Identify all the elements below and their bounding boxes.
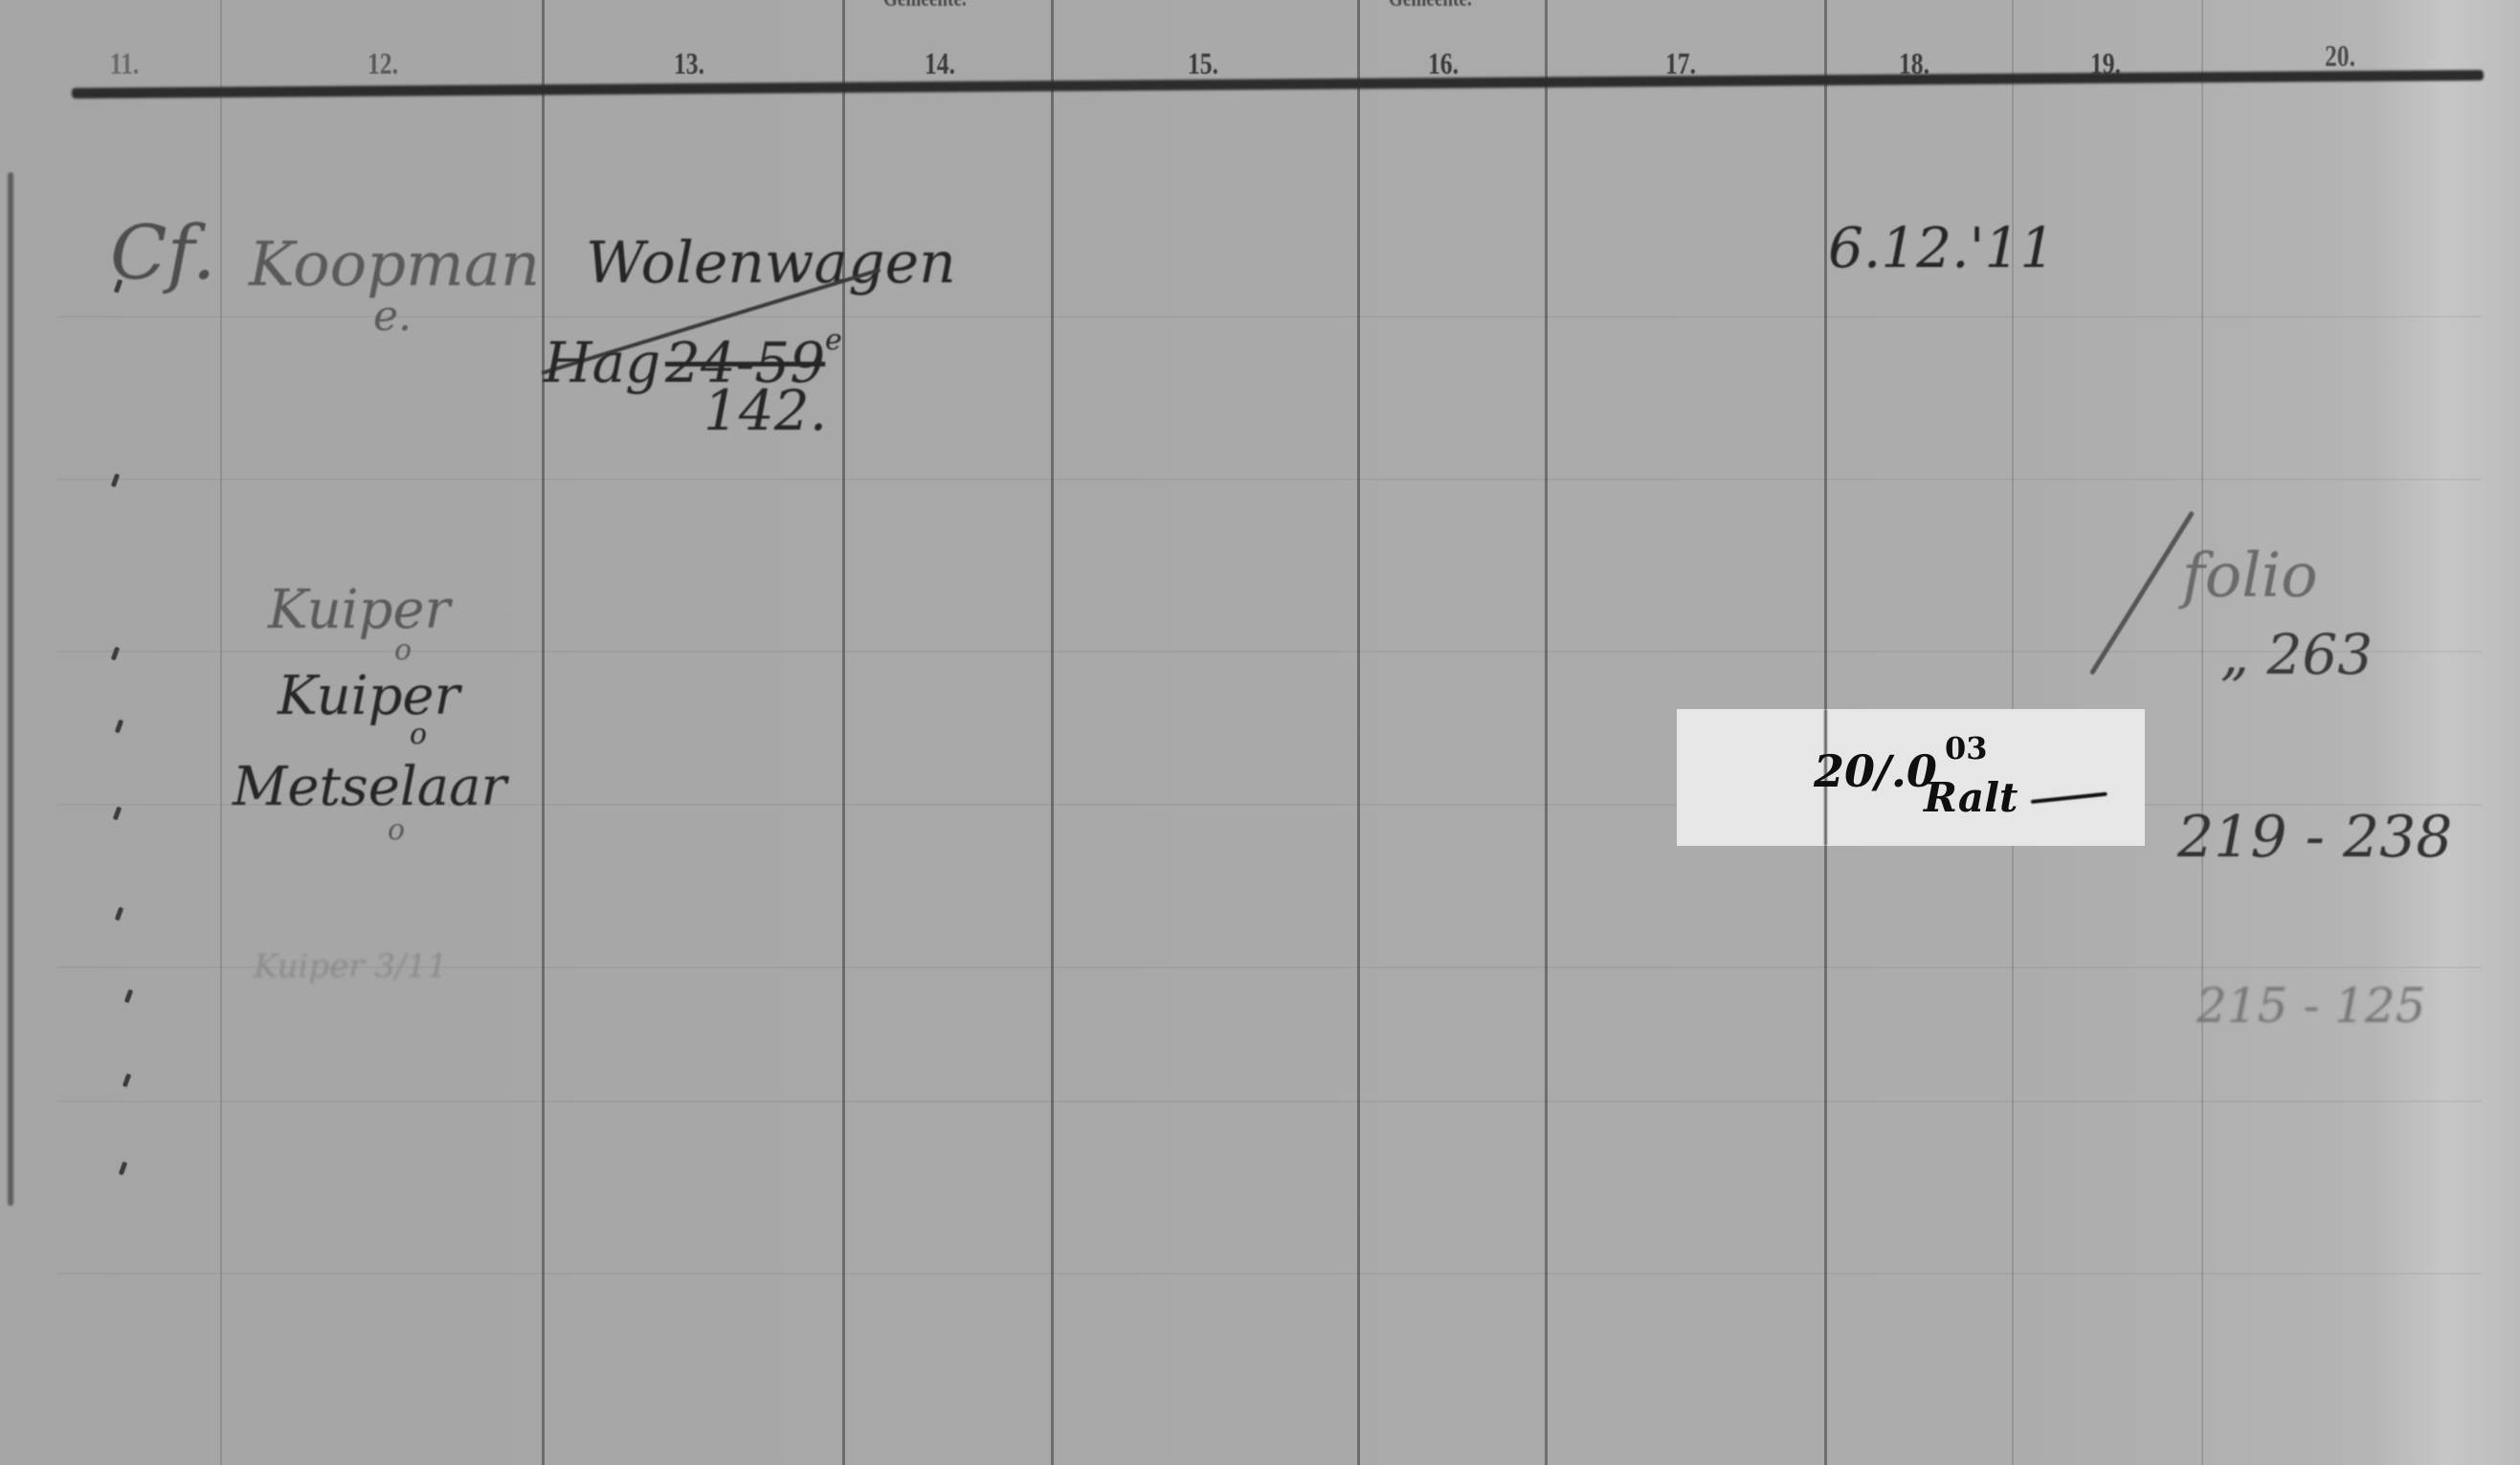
column-number-16: 16.: [1428, 46, 1459, 81]
handwritten-folio-reference: 215 - 125: [2197, 978, 2426, 1033]
column-divider: [1357, 0, 1360, 1465]
handwritten-folio-reference: „ 263: [2220, 622, 2373, 687]
column-number-12: 12.: [368, 46, 398, 81]
handwritten-occupation: Kuiper: [278, 665, 459, 727]
handwritten-place: Hag: [544, 330, 660, 395]
handwritten-occupation: Koopman: [249, 230, 540, 300]
header-rule: [72, 70, 2484, 99]
handwritten-suffix: e.: [373, 292, 412, 341]
handwritten-superscript: e: [825, 323, 842, 357]
ruled-line: [57, 651, 2482, 653]
row-tick: [124, 989, 133, 1004]
highlighted-handwriting-signature: Ralt: [1924, 774, 2018, 821]
column-number-13: 13.: [674, 46, 704, 81]
column-number-15: 15.: [1188, 46, 1218, 81]
ruled-line: [57, 478, 2482, 480]
row-tick: [111, 647, 120, 661]
highlighted-handwriting-superscript: 03: [1945, 730, 1988, 766]
ruled-line: [57, 316, 2482, 318]
highlighted-region[interactable]: 20/.0 03 Ralt: [1677, 709, 2145, 846]
header-label-gemeente: Gemeente.: [1389, 0, 1472, 12]
column-divider: [1051, 0, 1054, 1465]
row-tick: [113, 807, 122, 821]
column-number-14: 14.: [925, 46, 955, 81]
column-divider: [542, 0, 545, 1465]
header-label-gemeente: Gemeente.: [883, 0, 967, 12]
occupation-mark: o: [410, 718, 427, 751]
register-page: Gemeente. Gemeente. 11. 12. 13. 14. 15. …: [0, 0, 2520, 1465]
column-divider: [1545, 0, 1548, 1465]
highlighted-handwriting-date: 20/.0: [1814, 745, 1937, 797]
occupation-mark: o: [388, 813, 405, 847]
handwritten-address: Wolenwagen: [586, 230, 956, 297]
ruled-line: [57, 1273, 2482, 1275]
row-tick: [111, 474, 120, 488]
row-tick: [123, 1074, 131, 1088]
ruled-line: [57, 1100, 2482, 1102]
row-tick: [115, 907, 123, 921]
column-number-11: 11.: [110, 46, 140, 81]
handwritten-occupation: Metselaar: [233, 756, 506, 818]
handwritten-occupation: Kuiper: [268, 579, 450, 641]
column-number-20: 20.: [2325, 38, 2355, 74]
handwritten-house-number: 142.: [703, 378, 827, 443]
handwritten-folio-label: folio: [2182, 541, 2318, 611]
handwritten-date: 6.12.'11: [1828, 215, 2055, 280]
handwritten-folio-reference: 219 - 238: [2177, 804, 2452, 871]
row-tick: [115, 720, 123, 734]
occupation-mark: o: [394, 633, 412, 667]
column-divider: [2201, 0, 2203, 1465]
handwritten-faint-note: Kuiper 3/11: [254, 947, 448, 986]
signature-flourish: [2031, 792, 2107, 804]
handwritten-mark: Cf.: [110, 211, 216, 297]
left-margin-line: [8, 172, 13, 1206]
row-tick: [119, 1162, 127, 1176]
column-divider: [220, 0, 222, 1465]
column-divider: [842, 0, 845, 1465]
